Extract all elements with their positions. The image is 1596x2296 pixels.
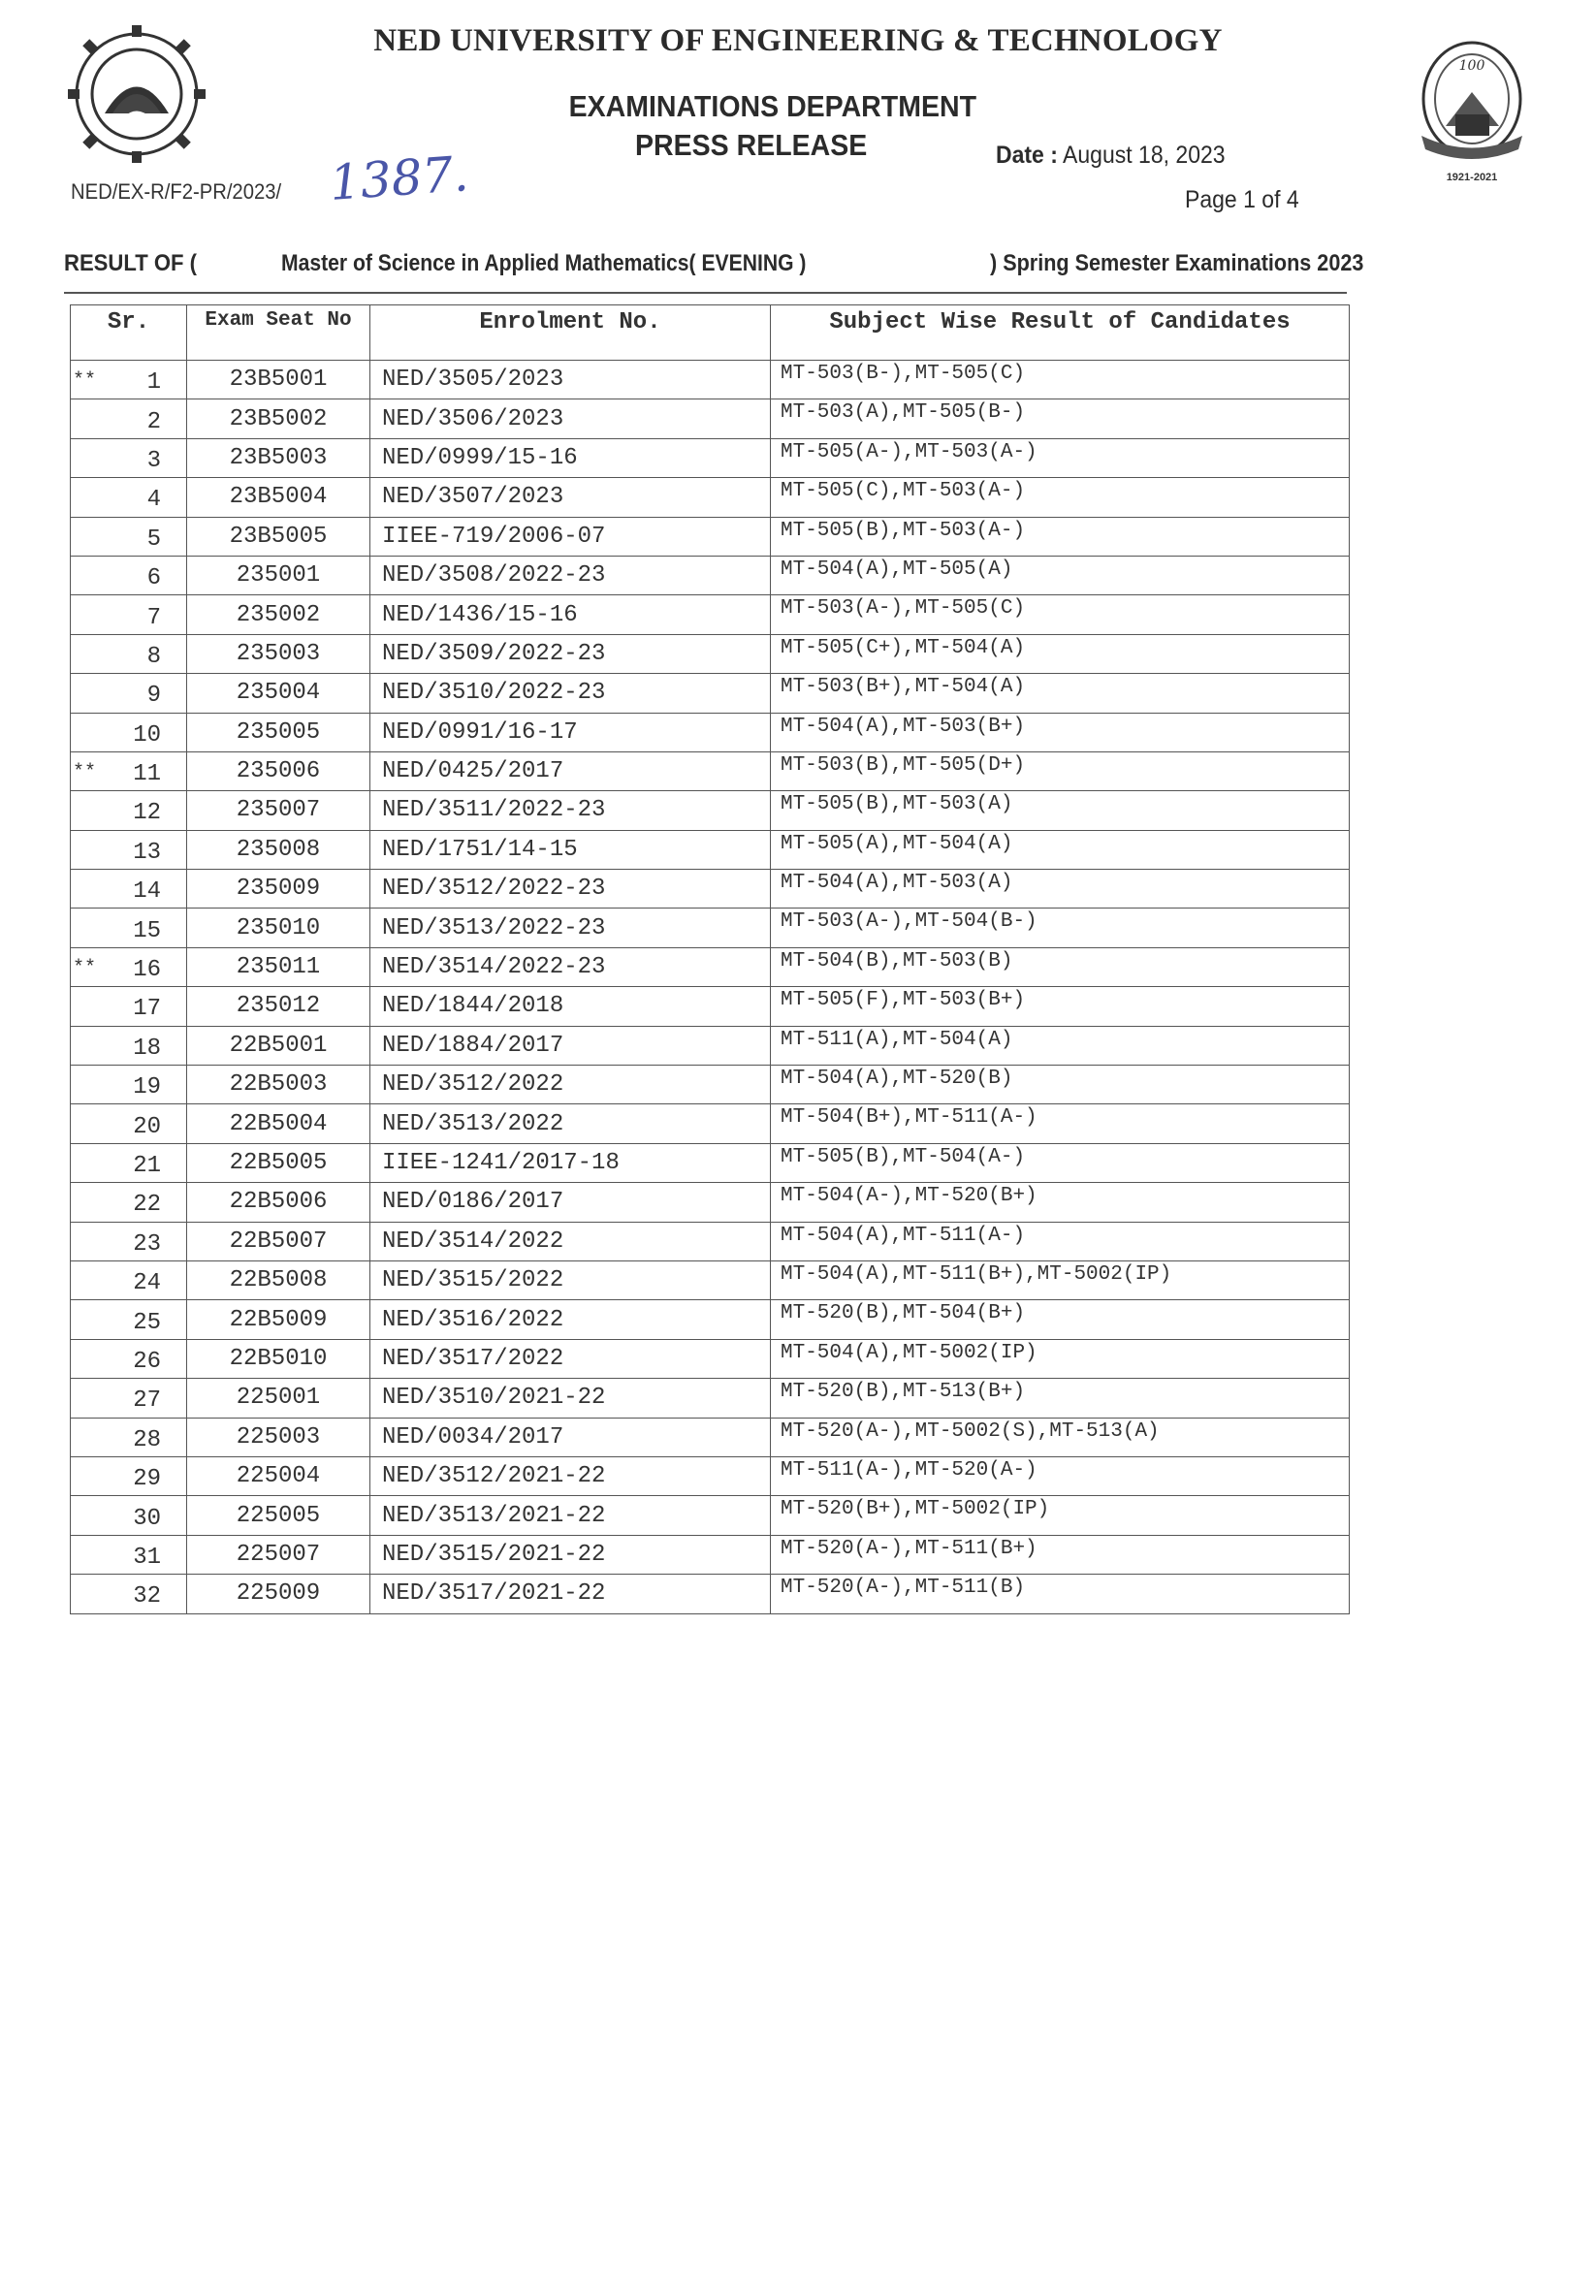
enrolment-no: NED/3508/2022-23 xyxy=(370,556,771,594)
sr-cell: 25 xyxy=(71,1300,187,1339)
exam-seat-no: 235007 xyxy=(187,791,370,830)
results-table-body: **123B5001NED/3505/2023MT-503(B-),MT-505… xyxy=(71,361,1350,1614)
sr-number: 21 xyxy=(133,1153,161,1179)
sr-cell: 4 xyxy=(71,478,187,517)
sr-number: 16 xyxy=(133,957,161,983)
enrolment-no: NED/3515/2022 xyxy=(370,1260,771,1299)
centenary-seal-icon: 100 1921-2021 xyxy=(1402,39,1543,184)
exam-seat-no: 235006 xyxy=(187,751,370,790)
enrolment-no: NED/3512/2021-22 xyxy=(370,1456,771,1495)
enrolment-no: NED/1436/15-16 xyxy=(370,595,771,634)
sr-cell: 19 xyxy=(71,1066,187,1104)
sr-cell: 8 xyxy=(71,634,187,673)
enrolment-no: NED/0425/2017 xyxy=(370,751,771,790)
exam-seat-no: 225004 xyxy=(187,1456,370,1495)
exam-seat-no: 235011 xyxy=(187,947,370,986)
sr-cell: 21 xyxy=(71,1143,187,1182)
column-header-enrolment: Enrolment No. xyxy=(370,305,771,361)
sr-number: 14 xyxy=(133,878,161,905)
university-title: NED UNIVERSITY OF ENGINEERING & TECHNOLO… xyxy=(0,23,1596,59)
subject-result: MT-504(A),MT-520(B) xyxy=(771,1066,1350,1104)
enrolment-no: NED/3513/2022 xyxy=(370,1104,771,1143)
subject-result: MT-520(B),MT-513(B+) xyxy=(771,1379,1350,1418)
sr-number: 3 xyxy=(147,448,161,474)
enrolment-no: NED/3512/2022-23 xyxy=(370,870,771,909)
centenary-logo: 100 1921-2021 xyxy=(1402,39,1543,184)
handwritten-reference: 1387. xyxy=(328,145,470,211)
subject-result: MT-511(A-),MT-520(A-) xyxy=(771,1456,1350,1495)
table-row: 32225009NED/3517/2021-22MT-520(A-),MT-51… xyxy=(71,1575,1350,1613)
subject-result: MT-503(B-),MT-505(C) xyxy=(771,361,1350,399)
table-row: 2022B5004NED/3513/2022MT-504(B+),MT-511(… xyxy=(71,1104,1350,1143)
exam-seat-no: 23B5001 xyxy=(187,361,370,399)
enrolment-no: NED/1751/14-15 xyxy=(370,830,771,869)
subject-result: MT-505(F),MT-503(B+) xyxy=(771,987,1350,1026)
sr-cell: 2 xyxy=(71,399,187,438)
sr-cell: 5 xyxy=(71,517,187,556)
reference-number: NED/EX-R/F2-PR/2023/ xyxy=(71,179,281,205)
sr-number: 24 xyxy=(133,1270,161,1296)
sr-cell: 7 xyxy=(71,595,187,634)
table-row: 2622B5010NED/3517/2022MT-504(A),MT-5002(… xyxy=(71,1339,1350,1378)
flag-marker: ** xyxy=(73,369,96,392)
table-row: **16235011NED/3514/2022-23MT-504(B),MT-5… xyxy=(71,947,1350,986)
exam-seat-no: 225005 xyxy=(187,1496,370,1535)
sr-number: 32 xyxy=(133,1583,161,1610)
subject-result: MT-505(A-),MT-503(A-) xyxy=(771,438,1350,477)
enrolment-no: NED/3517/2022 xyxy=(370,1339,771,1378)
sr-number: 28 xyxy=(133,1427,161,1453)
table-row: 2222B5006NED/0186/2017MT-504(A-),MT-520(… xyxy=(71,1183,1350,1222)
enrolment-no: NED/1844/2018 xyxy=(370,987,771,1026)
table-row: **123B5001NED/3505/2023MT-503(B-),MT-505… xyxy=(71,361,1350,399)
subject-result: MT-504(A),MT-511(A-) xyxy=(771,1222,1350,1260)
sr-cell: 28 xyxy=(71,1418,187,1456)
enrolment-no: NED/3511/2022-23 xyxy=(370,791,771,830)
exam-seat-no: 225003 xyxy=(187,1418,370,1456)
subject-result: MT-504(A-),MT-520(B+) xyxy=(771,1183,1350,1222)
enrolment-no: NED/0991/16-17 xyxy=(370,713,771,751)
exam-seat-no: 22B5008 xyxy=(187,1260,370,1299)
enrolment-no: NED/3505/2023 xyxy=(370,361,771,399)
sr-number: 19 xyxy=(133,1074,161,1100)
subject-result: MT-504(B),MT-503(B) xyxy=(771,947,1350,986)
table-row: 7235002NED/1436/15-16MT-503(A-),MT-505(C… xyxy=(71,595,1350,634)
sr-number: 7 xyxy=(147,605,161,631)
sr-number: 9 xyxy=(147,683,161,709)
sr-number: 27 xyxy=(133,1387,161,1414)
sr-cell: 12 xyxy=(71,791,187,830)
date-label: Date : xyxy=(996,142,1058,169)
subject-result: MT-511(A),MT-504(A) xyxy=(771,1026,1350,1065)
table-row: 1922B5003NED/3512/2022MT-504(A),MT-520(B… xyxy=(71,1066,1350,1104)
exam-seat-no: 23B5003 xyxy=(187,438,370,477)
exam-seat-no: 235008 xyxy=(187,830,370,869)
exam-seat-no: 22B5006 xyxy=(187,1183,370,1222)
table-row: 423B5004NED/3507/2023MT-505(C),MT-503(A-… xyxy=(71,478,1350,517)
exam-seat-no: 235012 xyxy=(187,987,370,1026)
enrolment-no: NED/3514/2022 xyxy=(370,1222,771,1260)
exam-seat-no: 235003 xyxy=(187,634,370,673)
sr-cell: 26 xyxy=(71,1339,187,1378)
exam-seat-no: 23B5005 xyxy=(187,517,370,556)
table-row: 30225005NED/3513/2021-22MT-520(B+),MT-50… xyxy=(71,1496,1350,1535)
sr-cell: **11 xyxy=(71,751,187,790)
sr-cell: 27 xyxy=(71,1379,187,1418)
enrolment-no: NED/3510/2021-22 xyxy=(370,1379,771,1418)
exam-seat-no: 22B5005 xyxy=(187,1143,370,1182)
exam-seat-no: 22B5001 xyxy=(187,1026,370,1065)
subject-result: MT-503(B+),MT-504(A) xyxy=(771,674,1350,713)
sr-cell: 9 xyxy=(71,674,187,713)
table-row: 1822B5001NED/1884/2017MT-511(A),MT-504(A… xyxy=(71,1026,1350,1065)
department-title: EXAMINATIONS DEPARTMENT xyxy=(514,89,1032,124)
sr-cell: 30 xyxy=(71,1496,187,1535)
exam-seat-no: 225007 xyxy=(187,1535,370,1574)
subject-result: MT-503(A-),MT-505(C) xyxy=(771,595,1350,634)
sr-number: 10 xyxy=(133,722,161,749)
sr-cell: 18 xyxy=(71,1026,187,1065)
exam-seat-no: 235002 xyxy=(187,595,370,634)
sr-cell: 22 xyxy=(71,1183,187,1222)
subject-result: MT-505(B),MT-503(A) xyxy=(771,791,1350,830)
exam-seat-no: 23B5002 xyxy=(187,399,370,438)
exam-seat-no: 22B5009 xyxy=(187,1300,370,1339)
sr-number: 30 xyxy=(133,1506,161,1532)
table-row: 12235007NED/3511/2022-23MT-505(B),MT-503… xyxy=(71,791,1350,830)
subject-result: MT-520(A-),MT-511(B) xyxy=(771,1575,1350,1613)
table-row: 17235012NED/1844/2018MT-505(F),MT-503(B+… xyxy=(71,987,1350,1026)
exam-seat-no: 235004 xyxy=(187,674,370,713)
table-row: 9235004NED/3510/2022-23MT-503(B+),MT-504… xyxy=(71,674,1350,713)
date-value: August 18, 2023 xyxy=(1063,142,1226,169)
sr-cell: **1 xyxy=(71,361,187,399)
sr-number: 20 xyxy=(133,1114,161,1140)
subject-result: MT-520(A-),MT-5002(S),MT-513(A) xyxy=(771,1418,1350,1456)
program-name: Master of Science in Applied Mathematics… xyxy=(281,250,806,277)
subject-result: MT-504(A),MT-505(A) xyxy=(771,556,1350,594)
subject-result: MT-504(A),MT-5002(IP) xyxy=(771,1339,1350,1378)
exam-seat-no: 225001 xyxy=(187,1379,370,1418)
table-row: **11235006NED/0425/2017MT-503(B),MT-505(… xyxy=(71,751,1350,790)
press-release-title: PRESS RELEASE xyxy=(635,128,867,163)
sr-cell: 10 xyxy=(71,713,187,751)
sr-number: 22 xyxy=(133,1192,161,1218)
table-row: 27225001NED/3510/2021-22MT-520(B),MT-513… xyxy=(71,1379,1350,1418)
table-row: 523B5005IIEE-719/2006-07MT-505(B),MT-503… xyxy=(71,517,1350,556)
enrolment-no: NED/3513/2021-22 xyxy=(370,1496,771,1535)
enrolment-no: NED/3514/2022-23 xyxy=(370,947,771,986)
table-header-row: Sr. Exam Seat No Enrolment No. Subject W… xyxy=(71,305,1350,361)
sr-cell: 24 xyxy=(71,1260,187,1299)
column-header-sr: Sr. xyxy=(71,305,187,361)
sr-number: 26 xyxy=(133,1349,161,1375)
table-row: 10235005NED/0991/16-17MT-504(A),MT-503(B… xyxy=(71,713,1350,751)
result-of-label: RESULT OF ( xyxy=(64,250,197,277)
sr-number: 4 xyxy=(147,487,161,513)
subject-result: MT-505(B),MT-504(A-) xyxy=(771,1143,1350,1182)
subject-result: MT-520(B),MT-504(B+) xyxy=(771,1300,1350,1339)
enrolment-no: NED/3513/2022-23 xyxy=(370,909,771,947)
header-divider xyxy=(64,292,1347,294)
subject-result: MT-505(A),MT-504(A) xyxy=(771,830,1350,869)
sr-cell: 6 xyxy=(71,556,187,594)
table-row: 13235008NED/1751/14-15MT-505(A),MT-504(A… xyxy=(71,830,1350,869)
table-row: 2122B5005IIEE-1241/2017-18MT-505(B),MT-5… xyxy=(71,1143,1350,1182)
table-row: 223B5002NED/3506/2023MT-503(A),MT-505(B-… xyxy=(71,399,1350,438)
enrolment-no: NED/3516/2022 xyxy=(370,1300,771,1339)
exam-seat-no: 235010 xyxy=(187,909,370,947)
table-row: 6235001NED/3508/2022-23MT-504(A),MT-505(… xyxy=(71,556,1350,594)
sr-number: 31 xyxy=(133,1545,161,1571)
table-row: 323B5003NED/0999/15-16MT-505(A-),MT-503(… xyxy=(71,438,1350,477)
enrolment-no: NED/3506/2023 xyxy=(370,399,771,438)
subject-result: MT-505(B),MT-503(A-) xyxy=(771,517,1350,556)
subject-result: MT-505(C+),MT-504(A) xyxy=(771,634,1350,673)
exam-seat-no: 235009 xyxy=(187,870,370,909)
column-header-seat-no: Exam Seat No xyxy=(187,305,370,361)
exam-seat-no: 235005 xyxy=(187,713,370,751)
enrolment-no: NED/1884/2017 xyxy=(370,1026,771,1065)
table-row: 2322B5007NED/3514/2022MT-504(A),MT-511(A… xyxy=(71,1222,1350,1260)
subject-result: MT-504(B+),MT-511(A-) xyxy=(771,1104,1350,1143)
sr-number: 17 xyxy=(133,996,161,1022)
sr-cell: 15 xyxy=(71,909,187,947)
sr-number: 6 xyxy=(147,565,161,591)
enrolment-no: NED/3512/2022 xyxy=(370,1066,771,1104)
subject-result: MT-504(A),MT-503(B+) xyxy=(771,713,1350,751)
enrolment-no: NED/3509/2022-23 xyxy=(370,634,771,673)
sr-cell: 32 xyxy=(71,1575,187,1613)
enrolment-no: NED/3507/2023 xyxy=(370,478,771,517)
column-header-result: Subject Wise Result of Candidates xyxy=(771,305,1350,361)
subject-result: MT-520(A-),MT-511(B+) xyxy=(771,1535,1350,1574)
table-row: 29225004NED/3512/2021-22MT-511(A-),MT-52… xyxy=(71,1456,1350,1495)
exam-seat-no: 235001 xyxy=(187,556,370,594)
exam-seat-no: 22B5004 xyxy=(187,1104,370,1143)
sr-number: 1 xyxy=(147,369,161,396)
table-row: 15235010NED/3513/2022-23MT-503(A-),MT-50… xyxy=(71,909,1350,947)
sr-number: 5 xyxy=(147,526,161,553)
sr-number: 13 xyxy=(133,840,161,866)
exam-seat-no: 22B5003 xyxy=(187,1066,370,1104)
sr-cell: 13 xyxy=(71,830,187,869)
sr-number: 29 xyxy=(133,1466,161,1492)
sr-number: 23 xyxy=(133,1231,161,1258)
exam-seat-no: 23B5004 xyxy=(187,478,370,517)
svg-text:100: 100 xyxy=(1459,58,1485,74)
sr-cell: 31 xyxy=(71,1535,187,1574)
sr-cell: **16 xyxy=(71,947,187,986)
flag-marker: ** xyxy=(73,761,96,783)
exam-seat-no: 22B5010 xyxy=(187,1339,370,1378)
sr-number: 11 xyxy=(133,761,161,787)
subject-result: MT-503(B),MT-505(D+) xyxy=(771,751,1350,790)
sr-cell: 23 xyxy=(71,1222,187,1260)
table-row: 28225003NED/0034/2017MT-520(A-),MT-5002(… xyxy=(71,1418,1350,1456)
table-row: 2522B5009NED/3516/2022MT-520(B),MT-504(B… xyxy=(71,1300,1350,1339)
sr-number: 12 xyxy=(133,800,161,826)
enrolment-no: NED/0186/2017 xyxy=(370,1183,771,1222)
table-row: 14235009NED/3512/2022-23MT-504(A),MT-503… xyxy=(71,870,1350,909)
table-row: 2422B5008NED/3515/2022MT-504(A),MT-511(B… xyxy=(71,1260,1350,1299)
svg-text:1921-2021: 1921-2021 xyxy=(1447,172,1498,183)
sr-cell: 17 xyxy=(71,987,187,1026)
sr-cell: 3 xyxy=(71,438,187,477)
sr-cell: 14 xyxy=(71,870,187,909)
sr-number: 18 xyxy=(133,1036,161,1062)
exam-seat-no: 22B5007 xyxy=(187,1222,370,1260)
flag-marker: ** xyxy=(73,957,96,979)
sr-number: 8 xyxy=(147,644,161,670)
sr-cell: 20 xyxy=(71,1104,187,1143)
subject-result: MT-504(A),MT-511(B+),MT-5002(IP) xyxy=(771,1260,1350,1299)
sr-number: 15 xyxy=(133,918,161,944)
subject-result: MT-520(B+),MT-5002(IP) xyxy=(771,1496,1350,1535)
sr-cell: 29 xyxy=(71,1456,187,1495)
subject-result: MT-504(A),MT-503(A) xyxy=(771,870,1350,909)
release-date: Date : August 18, 2023 xyxy=(996,142,1226,170)
table-row: 31225007NED/3515/2021-22MT-520(A-),MT-51… xyxy=(71,1535,1350,1574)
enrolment-no: NED/0999/15-16 xyxy=(370,438,771,477)
table-row: 8235003NED/3509/2022-23MT-505(C+),MT-504… xyxy=(71,634,1350,673)
semester-name: ) Spring Semester Examinations 2023 xyxy=(990,250,1363,277)
enrolment-no: NED/3517/2021-22 xyxy=(370,1575,771,1613)
sr-number: 25 xyxy=(133,1310,161,1336)
enrolment-no: NED/3515/2021-22 xyxy=(370,1535,771,1574)
subject-result: MT-505(C),MT-503(A-) xyxy=(771,478,1350,517)
enrolment-no: NED/0034/2017 xyxy=(370,1418,771,1456)
page-indicator: Page 1 of 4 xyxy=(1185,186,1299,214)
exam-seat-no: 225009 xyxy=(187,1575,370,1613)
results-table: Sr. Exam Seat No Enrolment No. Subject W… xyxy=(70,304,1350,1614)
enrolment-no: IIEE-719/2006-07 xyxy=(370,517,771,556)
sr-number: 2 xyxy=(147,409,161,435)
enrolment-no: NED/3510/2022-23 xyxy=(370,674,771,713)
enrolment-no: IIEE-1241/2017-18 xyxy=(370,1143,771,1182)
subject-result: MT-503(A),MT-505(B-) xyxy=(771,399,1350,438)
subject-result: MT-503(A-),MT-504(B-) xyxy=(771,909,1350,947)
